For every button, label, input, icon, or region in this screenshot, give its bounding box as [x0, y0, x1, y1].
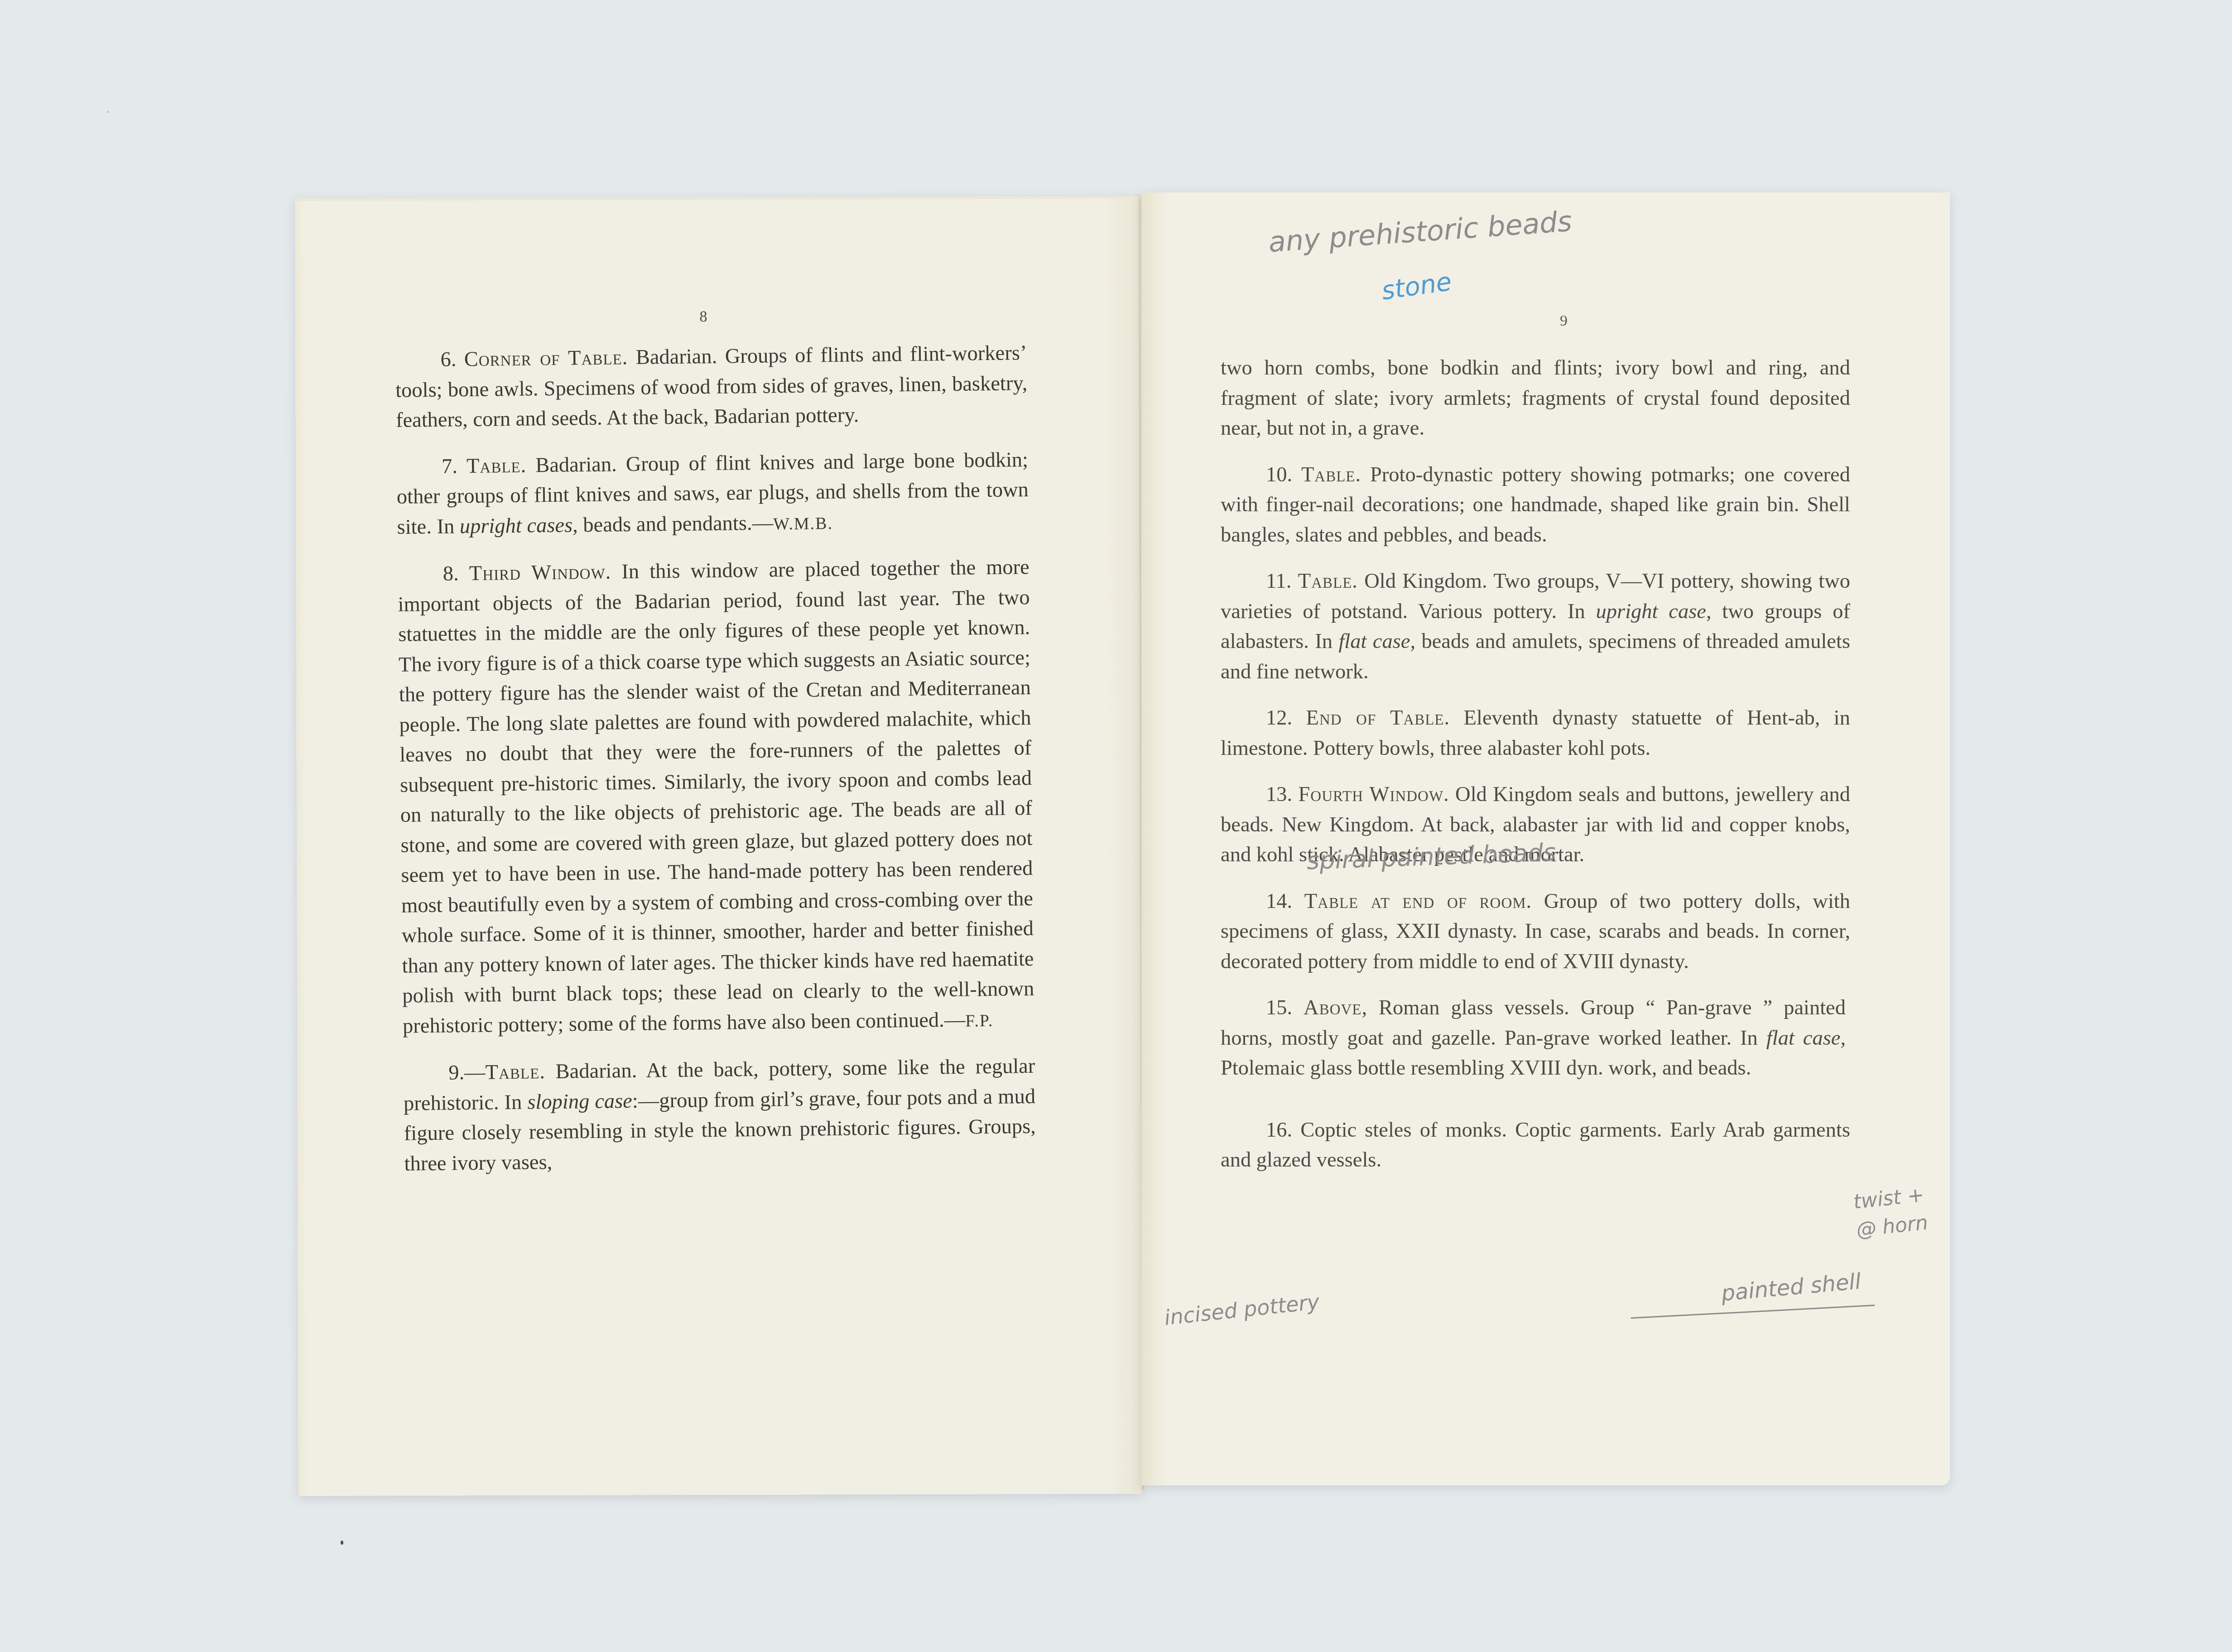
- entry-number: 9.—: [448, 1061, 486, 1085]
- entry-number: 15.: [1266, 996, 1292, 1019]
- entry-heading: End of Table.: [1306, 706, 1450, 730]
- entry-number: 10.: [1266, 463, 1292, 486]
- entry-heading: Table.: [467, 454, 527, 477]
- page-number: 8: [282, 307, 1125, 327]
- entry-14: 14. Table at end of room. Group of two p…: [1221, 887, 1850, 977]
- entry-number: 11.: [1266, 570, 1291, 593]
- entry-number: 16.: [1266, 1119, 1292, 1142]
- handwritten-note: twist + @ horn: [1852, 1180, 1934, 1244]
- entry-number: 12.: [1266, 706, 1292, 730]
- entry-number: 6.: [440, 348, 456, 371]
- entry-italic: flat case,: [1338, 630, 1415, 653]
- left-page-text: 6. Corner of Table. Badarian. Groups of …: [395, 338, 1036, 1196]
- entry-heading: Table.: [485, 1060, 545, 1084]
- entry-heading: Table at end of room.: [1304, 890, 1532, 913]
- entry-heading: Table.: [1301, 463, 1361, 486]
- entry-number: 14.: [1266, 890, 1292, 913]
- entry-10: 10. Table. Proto-dynastic pottery showin…: [1221, 460, 1850, 551]
- entry-italic: upright cases,: [460, 514, 578, 538]
- dust-speck: [341, 1541, 343, 1545]
- entry-italic: sloping case: [527, 1090, 632, 1114]
- left-page: 8 6. Corner of Table. Badarian. Groups o…: [295, 196, 1141, 1496]
- handwritten-note: painted shell: [1720, 1269, 1862, 1306]
- right-page-text: two horn combs, bone bodkin and flints; …: [1221, 353, 1850, 1192]
- entry-11: 11. Table. Old Kingdom. Two groups, V—VI…: [1221, 567, 1850, 687]
- entry-text: beads and pendants.—: [577, 511, 773, 537]
- handwritten-note: incised pottery: [1163, 1289, 1321, 1330]
- pencil-underline: [1631, 1305, 1875, 1319]
- entry-9: 9.—Table. Badarian. At the back, pottery…: [403, 1052, 1036, 1179]
- entry-9-continuation: two horn combs, bone bodkin and flints; …: [1221, 353, 1850, 444]
- entry-number: 7.: [442, 455, 457, 478]
- handwritten-note: any prehistoric beads: [1267, 205, 1573, 259]
- entry-15: 15. Above, Roman glass vessels. Group “ …: [1221, 993, 1850, 1084]
- entry-italic: flat case,: [1766, 1027, 1846, 1050]
- dust-speck: [107, 111, 109, 113]
- entry-heading: Third Window.: [469, 560, 611, 585]
- entry-heading: Above,: [1304, 996, 1367, 1019]
- entry-text: Coptic steles of monks. Coptic garments.…: [1221, 1119, 1850, 1172]
- entry-6: 6. Corner of Table. Badarian. Groups of …: [395, 338, 1028, 436]
- entry-heading: Fourth Window.: [1299, 783, 1449, 806]
- page-number: 9: [1159, 312, 1968, 330]
- entry-text: Ptolemaic glass bottle resembling XVIII …: [1221, 1057, 1751, 1080]
- entry-heading: Corner of Table.: [464, 346, 628, 371]
- entry-number: 13.: [1266, 783, 1292, 806]
- author-initials: F.P.: [965, 1011, 993, 1030]
- entry-7: 7. Table. Badarian. Group of flint knive…: [396, 445, 1029, 543]
- entry-italic: upright case,: [1596, 600, 1712, 623]
- entry-number: 8.: [443, 562, 459, 585]
- author-initials: W.M.B.: [773, 514, 833, 533]
- entry-16: 16. Coptic steles of monks. Coptic garme…: [1221, 1115, 1850, 1176]
- entry-heading: Table.: [1298, 570, 1358, 593]
- entry-8: 8. Third Window. In this window are plac…: [397, 552, 1034, 1042]
- entry-12: 12. End of Table. Eleventh dynasty statu…: [1221, 703, 1850, 764]
- right-page: 9 two horn combs, bone bodkin and flints…: [1141, 192, 1950, 1485]
- entry-text: In this window are placed together the m…: [398, 556, 1034, 1037]
- handwritten-note: stone: [1380, 267, 1453, 306]
